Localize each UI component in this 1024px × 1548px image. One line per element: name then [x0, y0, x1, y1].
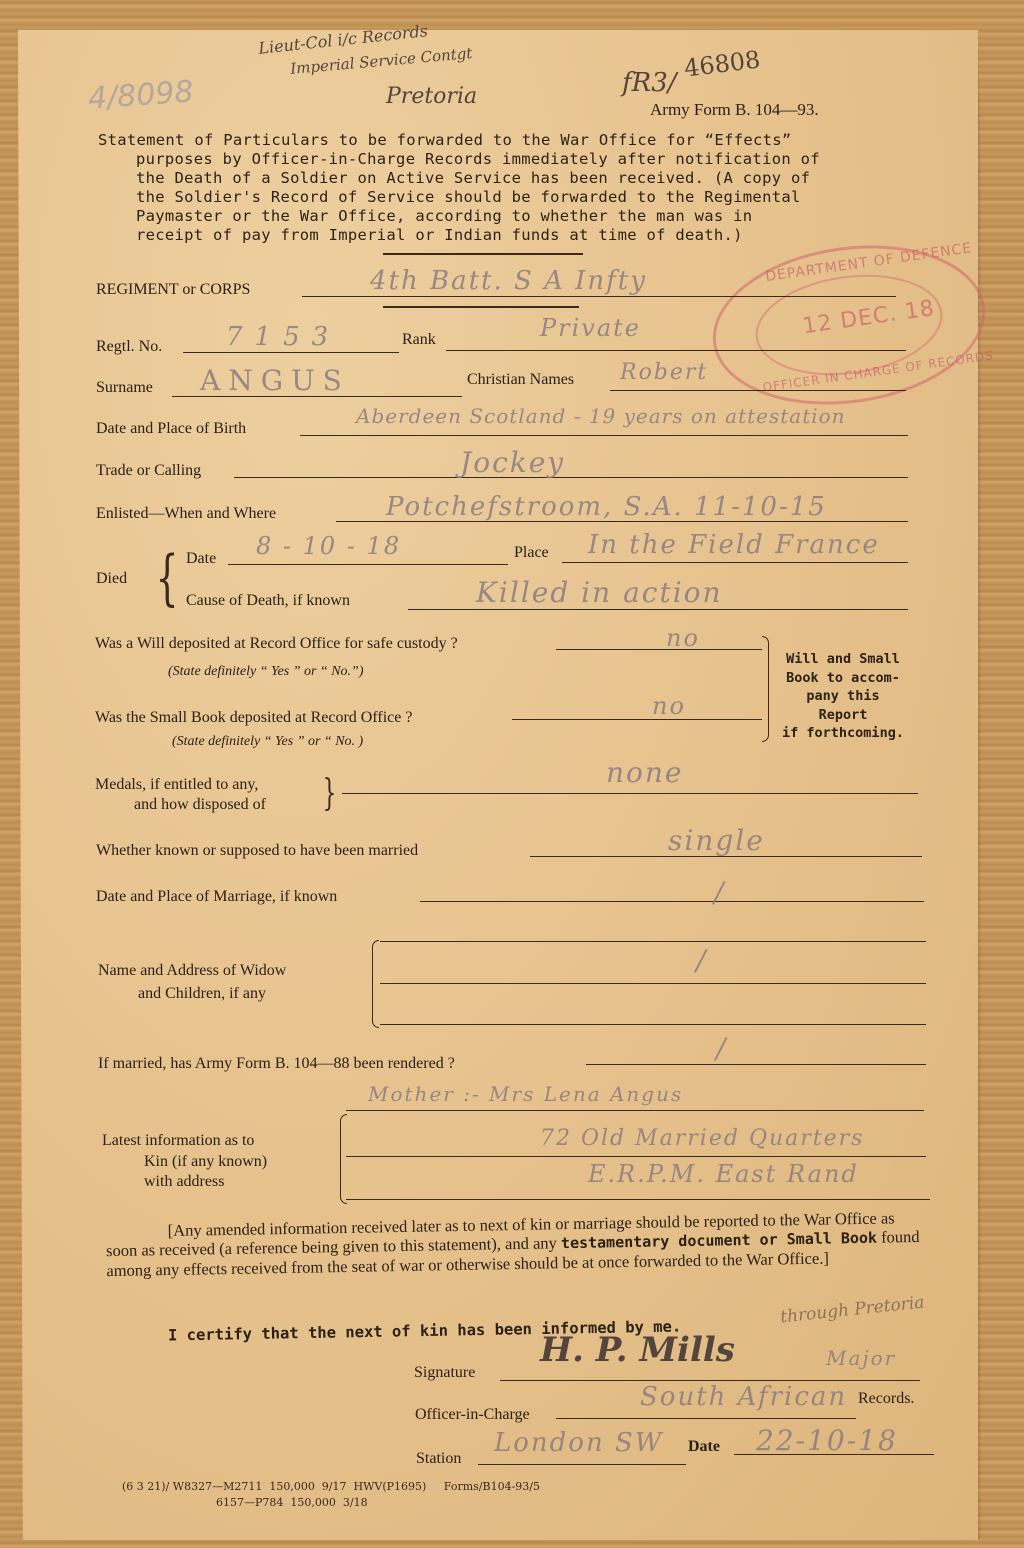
intro-line: receipt of pay from Imperial or Indian f… — [98, 226, 898, 245]
died-label: Died — [96, 570, 127, 588]
kin-label-2: Kin (if any known) — [144, 1153, 267, 1171]
died-brace: { — [156, 548, 179, 608]
christian-names-value[interactable]: Robert — [620, 360, 708, 385]
side-note-line: Will and Small — [778, 650, 908, 669]
print-code-line-1: (6 3 21)/ W8327—M2711 150,000 9/17 HWV(P… — [122, 1480, 540, 1493]
kin-label-1: Latest information as to — [102, 1132, 254, 1150]
divider-top — [383, 253, 583, 255]
married-label: Whether known or supposed to have been m… — [96, 842, 418, 860]
died-place-value[interactable]: In the Field France — [588, 530, 880, 560]
form-88-line — [586, 1064, 926, 1065]
intro-statement: Statement of Particulars to be forwarded… — [98, 131, 898, 245]
kin-bottom-line — [346, 1199, 930, 1200]
regiment-value[interactable]: 4th Batt. S A Infty — [370, 266, 647, 296]
regtl-no-value[interactable]: 7153 — [226, 322, 340, 352]
signature-value[interactable]: H. P. Mills — [540, 1330, 735, 1370]
medals-line — [342, 793, 918, 794]
station-line — [478, 1464, 686, 1465]
will-hint: (State definitely “ Yes ” or “ No.”) — [168, 664, 364, 680]
station-value[interactable]: London SW — [494, 1428, 664, 1458]
regtl-no-label: Regtl. No. — [96, 338, 162, 356]
medals-label-2: and how disposed of — [134, 796, 266, 814]
right-brace — [762, 636, 769, 742]
intro-line: purposes by Officer-in-Charge Records im… — [98, 150, 898, 169]
cause-line — [408, 609, 908, 610]
rank-line — [446, 350, 906, 351]
pencil-number: 4/8098 — [87, 74, 195, 116]
widow-line-2 — [380, 983, 926, 984]
side-note: Will and Small Book to accom- pany this … — [778, 650, 908, 743]
will-value[interactable]: no — [666, 624, 700, 652]
trade-line — [234, 477, 908, 478]
date-value[interactable]: 22-10-18 — [756, 1424, 898, 1457]
kin-mid-line — [346, 1156, 926, 1157]
trade-label: Trade or Calling — [96, 462, 201, 480]
surname-value[interactable]: ANGUS — [200, 364, 350, 397]
intro-first-line: Statement of Particulars to be forwarded… — [98, 131, 898, 150]
kin-brace — [340, 1114, 347, 1204]
records-label: Records. — [858, 1390, 914, 1408]
birth-line — [300, 435, 908, 436]
small-book-label: Was the Small Book deposited at Record O… — [95, 709, 412, 727]
kin-value-line-1[interactable]: Mother :- Mrs Lena Angus — [368, 1082, 683, 1106]
form-id: Army Form B. 104—93. — [650, 100, 819, 120]
medals-brace: } — [323, 774, 337, 814]
marriage-line — [420, 901, 924, 902]
died-date-line — [228, 564, 508, 565]
christian-names-line — [610, 390, 906, 391]
intro-line: the Death of a Soldier on Active Service… — [98, 169, 898, 188]
regtl-no-line — [183, 352, 399, 353]
kin-label-3: with address — [144, 1173, 224, 1191]
birth-value[interactable]: Aberdeen Scotland - 19 years on attestat… — [356, 404, 846, 428]
small-book-value[interactable]: no — [652, 692, 686, 720]
side-note-line: pany this Report — [778, 687, 908, 724]
reference-prefix: fR3/ — [622, 68, 677, 98]
cause-value[interactable]: Killed in action — [476, 576, 723, 609]
divider-bottom — [383, 306, 579, 308]
widow-value[interactable]: / — [696, 944, 707, 977]
intro-line: the Soldier's Record of Service should b… — [98, 188, 898, 207]
widow-label-2: and Children, if any — [138, 985, 266, 1003]
widow-line-3 — [380, 1024, 926, 1025]
enlisted-label: Enlisted—When and Where — [96, 505, 276, 523]
notice-bold: testamentary document or Small Book — [561, 1229, 877, 1253]
annotation-line3: Pretoria — [386, 84, 477, 109]
signature-rank: Major — [826, 1346, 896, 1370]
rank-label: Rank — [402, 331, 436, 349]
officer-line — [556, 1418, 856, 1419]
small-book-line — [512, 719, 762, 720]
signature-line — [500, 1380, 920, 1381]
medals-value[interactable]: none — [606, 756, 684, 789]
station-label: Station — [416, 1450, 461, 1468]
marriage-label: Date and Place of Marriage, if known — [96, 888, 337, 906]
regiment-label: REGIMENT or CORPS — [96, 281, 250, 299]
kin-value-line-3[interactable]: E.R.P.M. East Rand — [588, 1160, 859, 1188]
married-value[interactable]: single — [668, 824, 765, 857]
widow-brace — [372, 940, 379, 1028]
enlisted-value[interactable]: Potchefstroom, S.A. 11-10-15 — [386, 492, 827, 522]
date-label: Date — [688, 1438, 720, 1456]
will-line — [556, 649, 762, 650]
form-88-value[interactable]: / — [716, 1032, 727, 1065]
side-note-line: if forthcoming. — [778, 724, 908, 743]
signature-label: Signature — [414, 1364, 475, 1382]
christian-names-label: Christian Names — [467, 371, 574, 389]
small-book-hint: (State definitely “ Yes ” or “ No. ) — [172, 734, 363, 750]
surname-label: Surname — [96, 379, 153, 397]
officer-label: Officer-in-Charge — [415, 1406, 530, 1424]
kin-top-line — [346, 1110, 924, 1111]
widow-line-1 — [380, 941, 926, 942]
print-code-line-2: 6157—P784 150,000 3/18 — [216, 1496, 368, 1509]
kin-value-line-2[interactable]: 72 Old Married Quarters — [540, 1126, 864, 1151]
medals-label-1: Medals, if entitled to any, — [95, 776, 258, 794]
died-place-label: Place — [514, 544, 549, 562]
widow-label-1: Name and Address of Widow — [98, 962, 286, 980]
died-date-label: Date — [186, 550, 216, 568]
intro-line: Paymaster or the War Office, according t… — [98, 207, 898, 226]
died-date-value[interactable]: 8 - 10 - 18 — [256, 532, 401, 560]
side-note-line: Book to accom- — [778, 669, 908, 688]
marriage-value[interactable]: / — [714, 876, 725, 909]
died-place-line — [562, 562, 908, 563]
trade-value[interactable]: Jockey — [460, 446, 565, 479]
form-88-label: If married, has Army Form B. 104—88 been… — [98, 1055, 455, 1073]
rank-value[interactable]: Private — [540, 314, 641, 342]
officer-value[interactable]: South African — [640, 1382, 847, 1412]
will-label: Was a Will deposited at Record Office fo… — [95, 635, 458, 653]
regiment-line — [302, 296, 896, 297]
birth-label: Date and Place of Birth — [96, 420, 246, 438]
cause-label: Cause of Death, if known — [186, 592, 350, 610]
